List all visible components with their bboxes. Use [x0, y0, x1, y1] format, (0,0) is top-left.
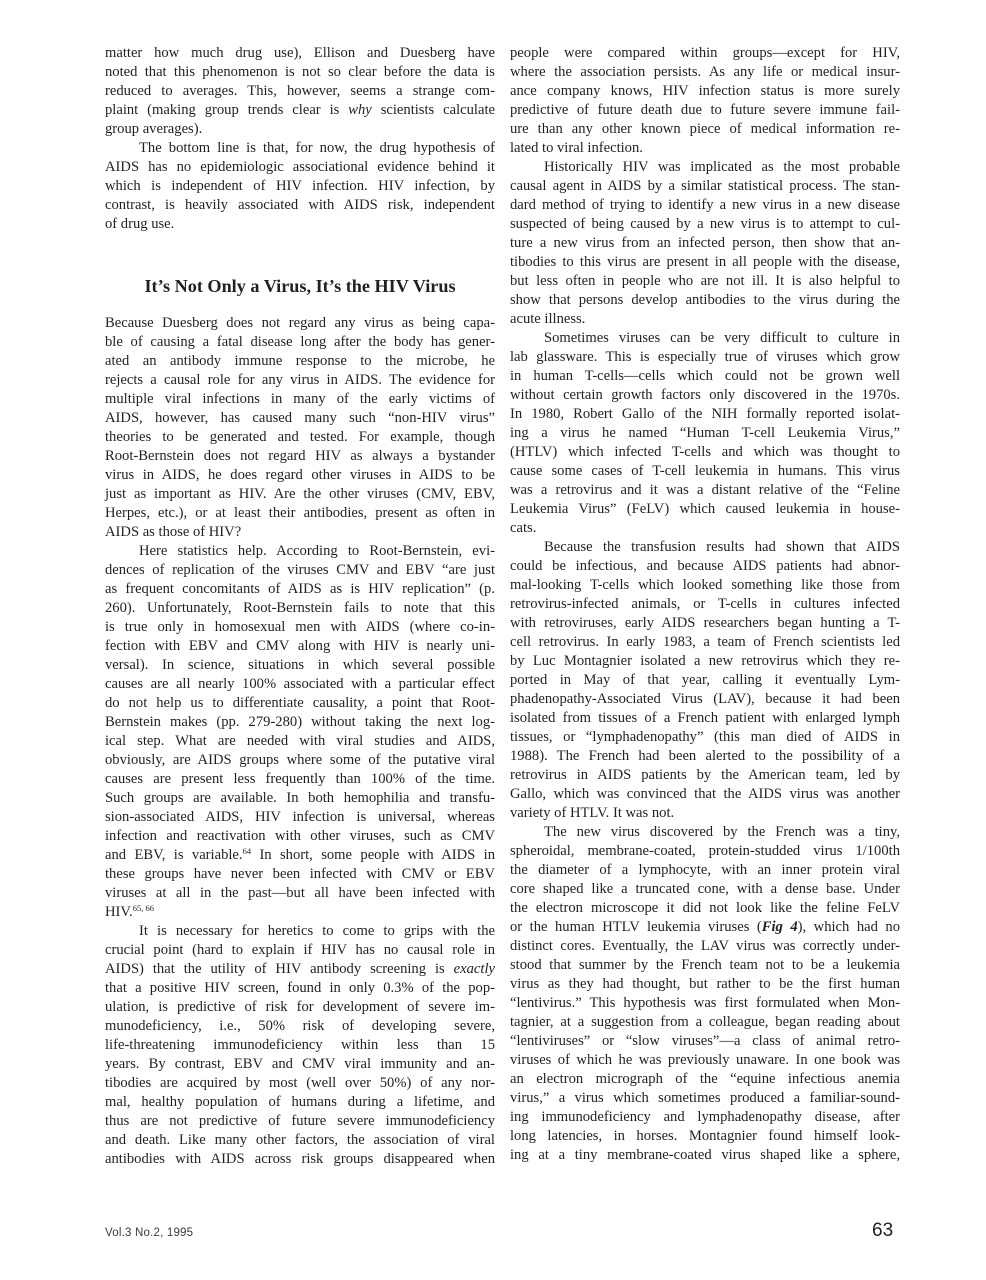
text-line: The new virus discovered by the French w… [510, 823, 900, 842]
body-paragraph: Sometimes viruses can be very difficult … [510, 329, 900, 538]
text-line: the electron microscope it did not look … [510, 899, 900, 918]
text-line: causes are all nearly 100% associated wi… [105, 675, 495, 694]
text-line: “lentiviruses” or “slow viruses”—a class… [510, 1032, 900, 1051]
text-line: AIDS as those of HIV? [105, 523, 495, 542]
text-line: mal-looking T-cells which looked somethi… [510, 576, 900, 595]
text-line: virus as they had thought, but rather to… [510, 975, 900, 994]
text-line: virus in AIDS, he does regard other viru… [105, 466, 495, 485]
text-line: in human T-cells—cells which could not b… [510, 367, 900, 386]
text-line: contrast, is heavily associated with AID… [105, 196, 495, 215]
text-line: where the association persists. As any l… [510, 63, 900, 82]
text-line: Because the transfusion results had show… [510, 538, 900, 557]
journal-issue-footer: Vol.3 No.2, 1995 [105, 1227, 193, 1239]
text-line: sion-associated AIDS, HIV infection is u… [105, 808, 495, 827]
emphasis-text: exactly [454, 961, 495, 977]
text-line: Sometimes viruses can be very difficult … [510, 329, 900, 348]
text-line: (HTLV) which infected T-cells and which … [510, 443, 900, 462]
text-line: distinct cores. Eventually, the LAV viru… [510, 937, 900, 956]
text-line: Leukemia Virus” (FeLV) which caused leuk… [510, 500, 900, 519]
body-paragraph: The new virus discovered by the French w… [510, 823, 900, 1165]
text-line: obviously, are AIDS groups where some of… [105, 751, 495, 770]
body-paragraph: Here statistics help. According to Root-… [105, 542, 495, 922]
text-line: noted that this phenomenon is not so cle… [105, 63, 495, 82]
text-line: group averages). [105, 120, 495, 139]
text-line: isolated from tissues of a French patien… [510, 709, 900, 728]
text-line: ing at a tiny membrane-coated virus shap… [510, 1146, 900, 1165]
body-paragraph: The bottom line is that, for now, the dr… [105, 139, 495, 234]
text-line: show that persons develop antibodies to … [510, 291, 900, 310]
journal-page: matter how much drug use), Ellison and D… [0, 0, 986, 1280]
text-line: retrovirus-infected animals, or T-cells … [510, 595, 900, 614]
text-line: infection and reactivation with other vi… [105, 827, 495, 846]
text-line: as frequent concomitants of AIDS as is H… [105, 580, 495, 599]
text-line: by Luc Montagnier isolated a new retrovi… [510, 652, 900, 671]
text-line: rejects a causal role for any virus in A… [105, 371, 495, 390]
text-line: the diameter of a lymphocyte, with an in… [510, 861, 900, 880]
text-line: lated to viral infection. [510, 139, 900, 158]
text-segment: plaint (making group trends clear is [105, 102, 348, 118]
text-segment: and EBV, is variable. [105, 847, 243, 863]
text-line: Because Duesberg does not regard any vir… [105, 314, 495, 333]
text-line: viruses of which he was previously unawa… [510, 1051, 900, 1070]
section-heading: It’s Not Only a Virus, It’s the HIV Viru… [105, 274, 495, 298]
text-line: causal agent in AIDS by a similar statis… [510, 177, 900, 196]
text-line: ure than any other known piece of medica… [510, 120, 900, 139]
text-line: tibodies to this virus are present in al… [510, 253, 900, 272]
text-line: Bernstein makes (pp. 279-280) without ta… [105, 713, 495, 732]
text-line: AIDS) that the utility of HIV antibody s… [105, 960, 495, 979]
text-line: lab glassware. This is especially true o… [510, 348, 900, 367]
text-line: Herpes, etc.), or at least their antibod… [105, 504, 495, 523]
text-line: do not help us to differentiate causalit… [105, 694, 495, 713]
text-line: virus,” a virus which sometimes produced… [510, 1089, 900, 1108]
text-line: AIDS, however, has caused many such “non… [105, 409, 495, 428]
text-line: It is necessary for heretics to come to … [105, 922, 495, 941]
left-column: matter how much drug use), Ellison and D… [105, 44, 495, 1169]
text-line: could be infectious, and because AIDS pa… [510, 557, 900, 576]
footnote-reference: 65, 66 [133, 903, 154, 913]
text-line: years. By contrast, EBV and CMV viral im… [105, 1055, 495, 1074]
text-line: cause some cases of T-cell leukemia in h… [510, 462, 900, 481]
text-line: long latencies, in horses. Montagnier fo… [510, 1127, 900, 1146]
text-line: ing immunodeficiency and lymphadenopathy… [510, 1108, 900, 1127]
text-line: munodeficiency, i.e., 50% risk of develo… [105, 1017, 495, 1036]
text-segment: HIV. [105, 904, 133, 920]
text-line: dences of replication of the viruses CMV… [105, 561, 495, 580]
text-line: these groups have never been infected wi… [105, 865, 495, 884]
text-segment: AIDS) that the utility of HIV antibody s… [105, 961, 454, 977]
text-line: dard method of trying to identify a new … [510, 196, 900, 215]
text-line: 1988). The French had been alerted to th… [510, 747, 900, 766]
text-line: ble of causing a fatal disease long afte… [105, 333, 495, 352]
text-segment: ), which had no [798, 919, 900, 935]
body-paragraph: Historically HIV was implicated as the m… [510, 158, 900, 329]
text-line: which is independent of HIV infection. H… [105, 177, 495, 196]
body-paragraph: Because Duesberg does not regard any vir… [105, 314, 495, 542]
text-line: AIDS has no epidemiologic associational … [105, 158, 495, 177]
emphasis-text: why [348, 102, 372, 118]
text-line: viruses at all in the past—but all have … [105, 884, 495, 903]
text-line: antibodies with AIDS across risk groups … [105, 1150, 495, 1169]
text-line: reduced to averages. This, however, seem… [105, 82, 495, 101]
text-line: mal, healthy population of humans during… [105, 1093, 495, 1112]
body-paragraph: matter how much drug use), Ellison and D… [105, 44, 495, 139]
text-segment: In short, some people with AIDS in [251, 847, 495, 863]
body-paragraph: Because the transfusion results had show… [510, 538, 900, 823]
text-line: people were compared within groups—excep… [510, 44, 900, 63]
text-line: phadenopathy-Associated Virus (LAV), bec… [510, 690, 900, 709]
footnote-reference: 64 [243, 846, 252, 856]
page-number: 63 [872, 1220, 893, 1242]
text-line: and death. Like many other factors, the … [105, 1131, 495, 1150]
text-line: ing a virus he named “Human T-cell Leuke… [510, 424, 900, 443]
text-line: suspected of being caused by a new virus… [510, 215, 900, 234]
text-line: variety of HTLV. It was not. [510, 804, 900, 823]
text-line: but less often in people who are not ill… [510, 272, 900, 291]
text-line: 260). Unfortunately, Root-Bernstein fail… [105, 599, 495, 618]
text-line: and EBV, is variable.64 In short, some p… [105, 846, 495, 865]
body-paragraph: It is necessary for heretics to come to … [105, 922, 495, 1169]
text-line: Here statistics help. According to Root-… [105, 542, 495, 561]
right-column: people were compared within groups—excep… [510, 44, 900, 1165]
text-line: theories to be generated and tested. For… [105, 428, 495, 447]
text-line: versal). In science, situations in which… [105, 656, 495, 675]
text-line: or the human HTLV leukemia viruses (Fig … [510, 918, 900, 937]
text-line: with retroviruses, early AIDS researcher… [510, 614, 900, 633]
text-segment: or the human HTLV leukemia viruses ( [510, 919, 762, 935]
text-line: life-threatening immunodeficiency within… [105, 1036, 495, 1055]
text-line: spheroidal, membrane-coated, protein-stu… [510, 842, 900, 861]
text-line: plaint (making group trends clear is why… [105, 101, 495, 120]
text-line: thus are not predictive of future severe… [105, 1112, 495, 1131]
text-line: multiple viral infections in many of the… [105, 390, 495, 409]
text-line: tagnier, at a suggestion from a colleagu… [510, 1013, 900, 1032]
text-line: acute illness. [510, 310, 900, 329]
figure-reference: Fig 4 [762, 919, 798, 935]
text-line: ported in May of that year, calling it e… [510, 671, 900, 690]
text-line: crucial point (hard to explain if HIV ha… [105, 941, 495, 960]
text-line: was a retrovirus and it was a distant re… [510, 481, 900, 500]
text-line: Such groups are available. In both hemop… [105, 789, 495, 808]
text-line: The bottom line is that, for now, the dr… [105, 139, 495, 158]
text-line: ulation, is predictive of risk for devel… [105, 998, 495, 1017]
text-line: Root-Bernstein does not regard HIV as al… [105, 447, 495, 466]
text-line: fection with EBV and CMV along with HIV … [105, 637, 495, 656]
text-line: predictive of future death due to future… [510, 101, 900, 120]
text-line: tibodies are acquired by most (well over… [105, 1074, 495, 1093]
text-line: tissues, or “lymphadenopathy” (this man … [510, 728, 900, 747]
text-line: HIV.65, 66 [105, 903, 495, 922]
text-line: is true only in homosexual men with AIDS… [105, 618, 495, 637]
text-line: that a positive HIV screen, found in onl… [105, 979, 495, 998]
text-line: ance company knows, HIV infection status… [510, 82, 900, 101]
text-line: core shaped like a truncated cone, with … [510, 880, 900, 899]
text-line: “lentivirus.” This hypothesis was first … [510, 994, 900, 1013]
text-segment: scientists calculate [372, 102, 495, 118]
body-paragraph: people were compared within groups—excep… [510, 44, 900, 158]
text-line: of drug use. [105, 215, 495, 234]
text-line: just as important as HIV. Are the other … [105, 485, 495, 504]
text-line: In 1980, Robert Gallo of the NIH formall… [510, 405, 900, 424]
text-line: causes are present less frequently than … [105, 770, 495, 789]
text-line: ical step. What are needed with viral st… [105, 732, 495, 751]
text-line: cell retrovirus. In early 1983, a team o… [510, 633, 900, 652]
text-line: cats. [510, 519, 900, 538]
text-line: ture a new virus from an infected person… [510, 234, 900, 253]
text-line: without certain growth factors only disc… [510, 386, 900, 405]
text-line: stood that summer by the French team not… [510, 956, 900, 975]
text-line: ated an antibody immune response to the … [105, 352, 495, 371]
text-line: Historically HIV was implicated as the m… [510, 158, 900, 177]
text-line: matter how much drug use), Ellison and D… [105, 44, 495, 63]
text-line: Gallo, which was convinced that the AIDS… [510, 785, 900, 804]
text-line: retrovirus in AIDS patients by the Ameri… [510, 766, 900, 785]
text-line: an electron micrograph of the “equine in… [510, 1070, 900, 1089]
